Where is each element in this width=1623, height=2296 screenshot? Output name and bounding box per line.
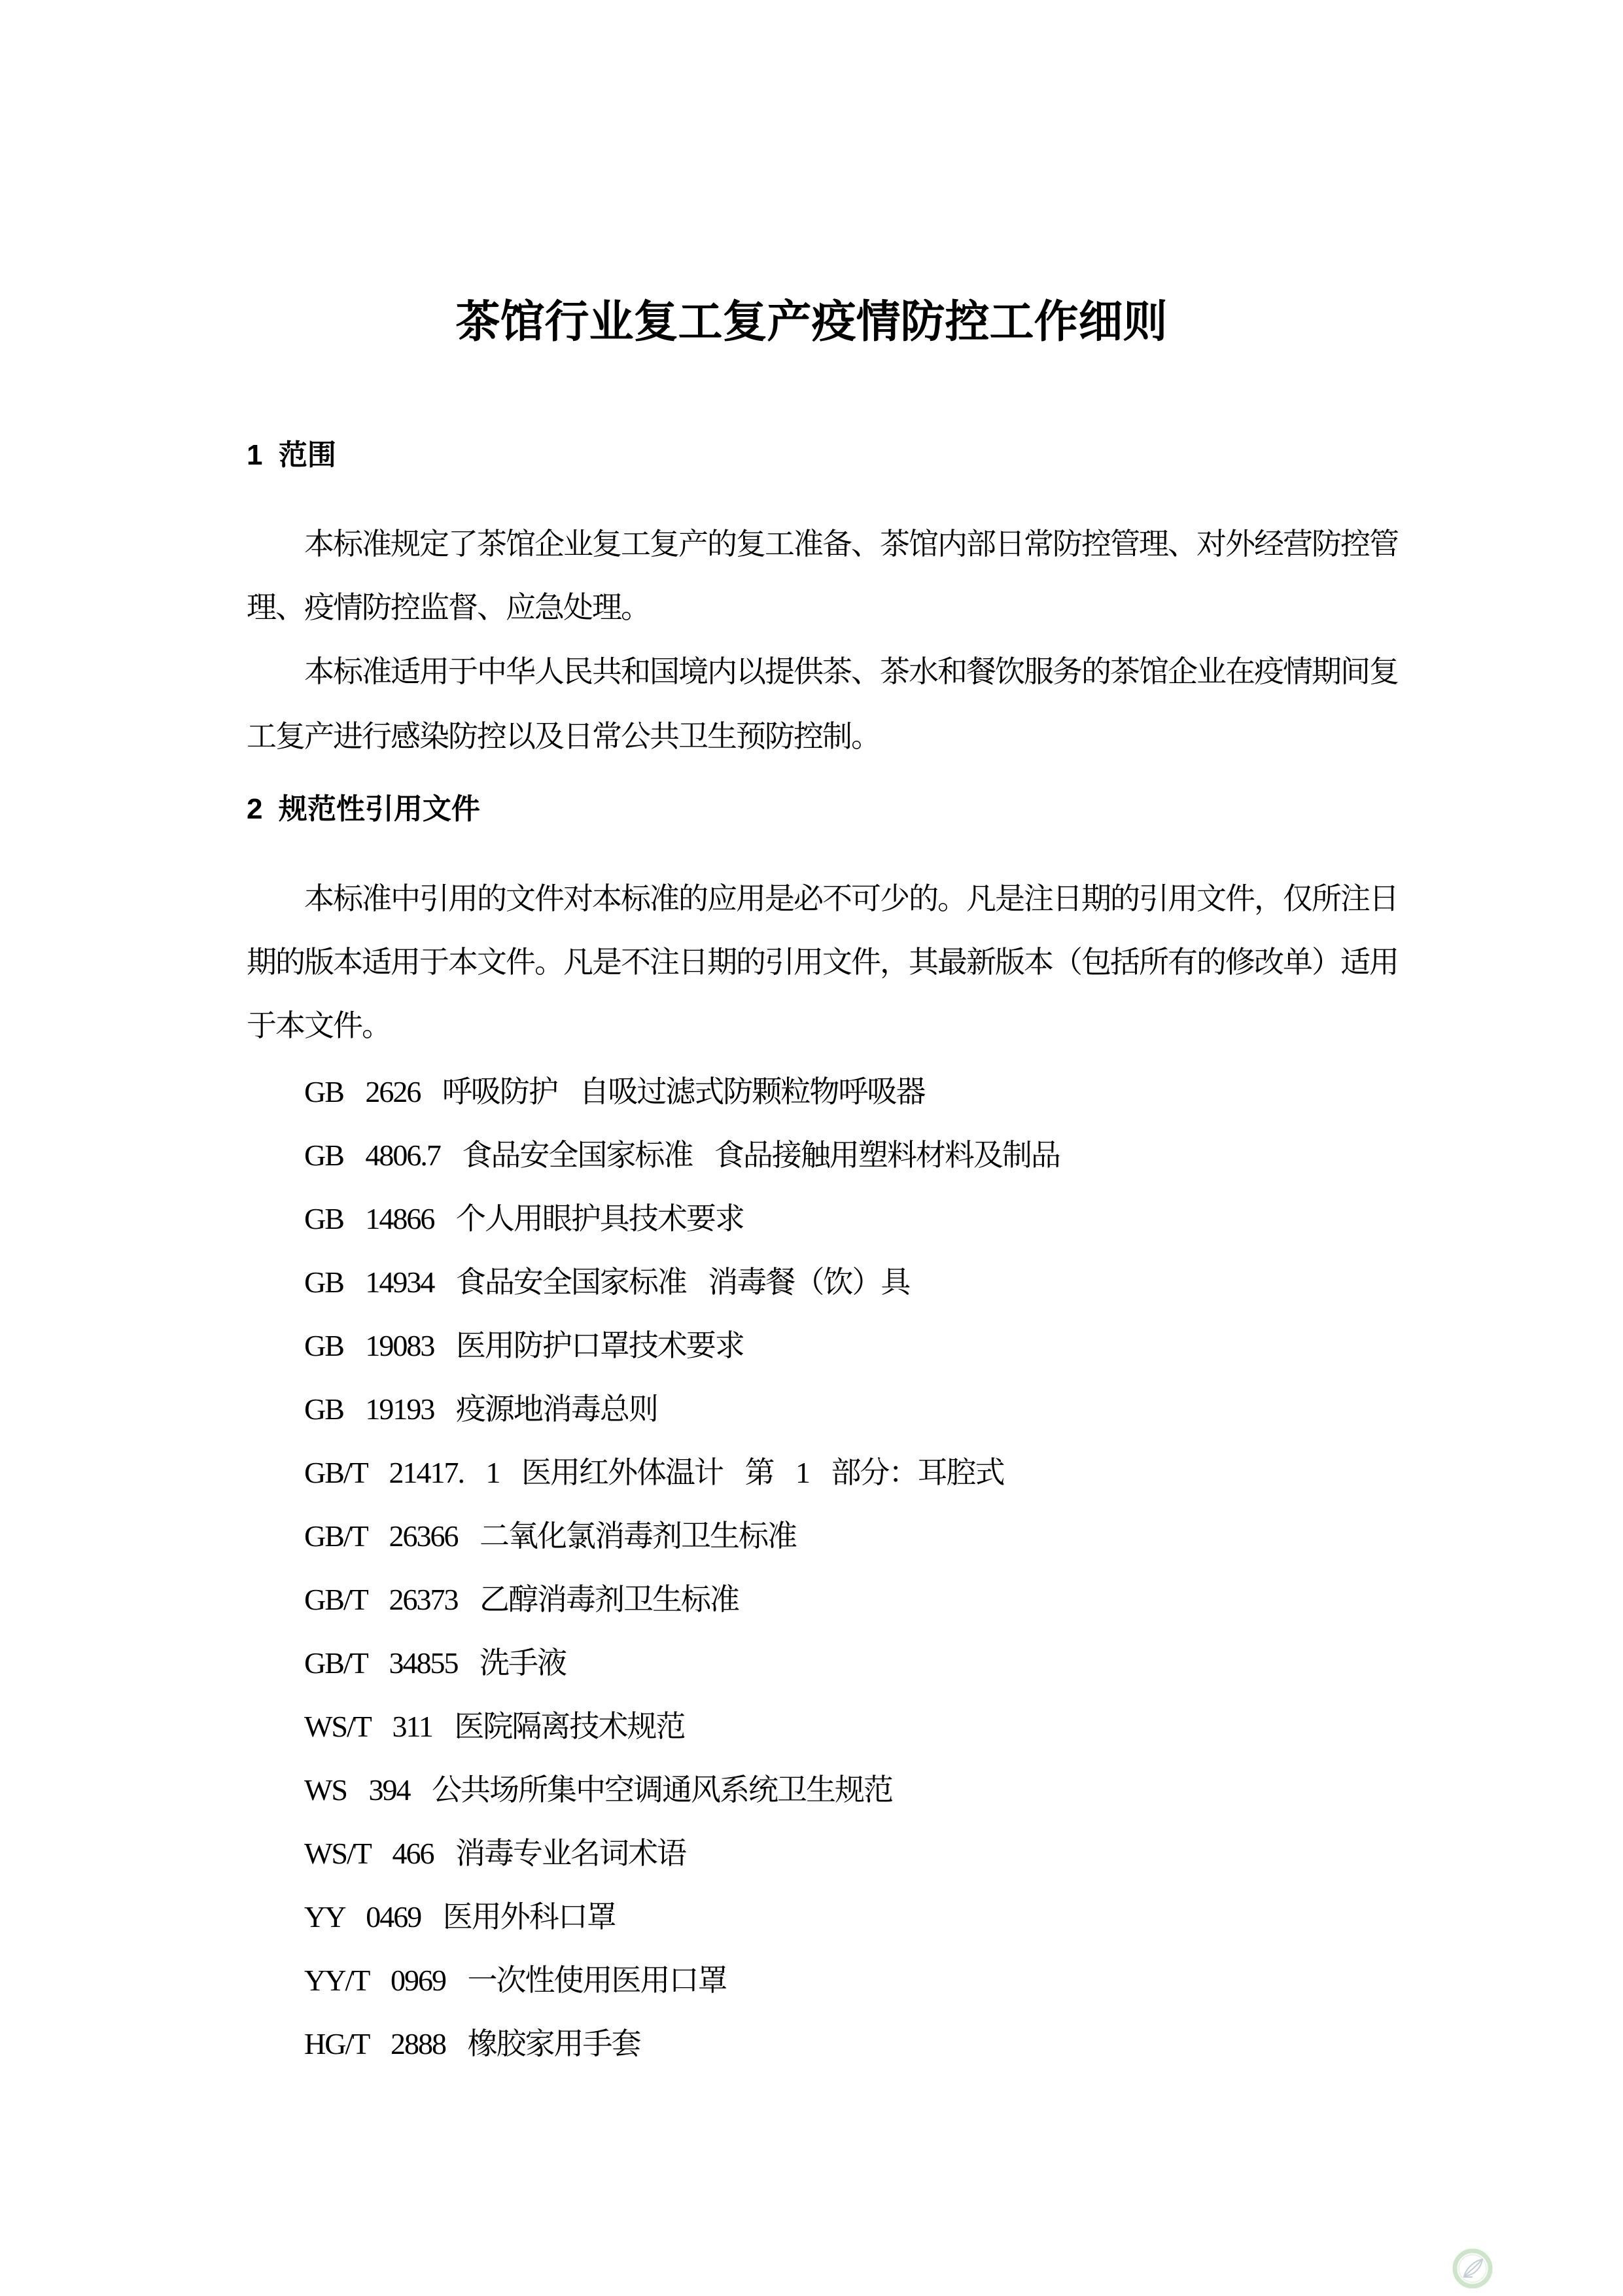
section-heading-scope: 1 范围 xyxy=(247,441,336,470)
body-line: 于本文件。 xyxy=(247,1011,391,1041)
reference-item: WS/T 311 医院隔离技术规范 xyxy=(304,1712,684,1742)
reference-item: WS/T 466 消毒专业名词术语 xyxy=(304,1839,686,1869)
body-line: 期的版本适用于本文件。凡是不注日期的引用文件，其最新版本（包括所有的修改单）适用 xyxy=(247,947,1398,978)
reference-item: GB/T 26373 乙醇消毒剂卫生标准 xyxy=(304,1585,739,1615)
reference-item: GB/T 34855 洗手液 xyxy=(304,1648,566,1678)
body-line: 理、疫情防控监督、应急处理。 xyxy=(247,593,650,623)
reference-item: GB 19083 医用防护口罩技术要求 xyxy=(304,1331,744,1361)
section-heading-normative-references: 2 规范性引用文件 xyxy=(247,795,480,824)
reference-item: WS 394 公共场所集中空调通风系统卫生规范 xyxy=(304,1775,892,1805)
body-line: 本标准适用于中华人民共和国境内以提供茶、茶水和餐饮服务的茶馆企业在疫情期间复 xyxy=(304,657,1398,687)
body-line: 本标准规定了茶馆企业复工复产的复工准备、茶馆内部日常防控管理、对外经营防控管 xyxy=(304,529,1398,559)
reference-item: GB 4806.7 食品安全国家标准 食品接触用塑料材料及制品 xyxy=(304,1140,1060,1171)
body-line: 工复产进行感染防控以及日常公共卫生预防控制。 xyxy=(247,722,880,752)
reference-item: GB/T 26366 二氧化氯消毒剂卫生标准 xyxy=(304,1521,796,1551)
reference-item: GB 14866 个人用眼护具技术要求 xyxy=(304,1204,744,1234)
document-title: 茶馆行业复工复产疫情防控工作细则 xyxy=(0,300,1623,344)
reference-item: HG/T 2888 橡胶家用手套 xyxy=(304,2029,640,2059)
document-page: 茶馆行业复工复产疫情防控工作细则 1 范围 2 规范性引用文件 本标准规定了茶馆… xyxy=(0,0,1623,2296)
reference-item: YY/T 0969 一次性使用医用口罩 xyxy=(304,1966,727,1996)
leaf-seal-watermark-icon xyxy=(1450,2246,1495,2291)
reference-item: GB 2626 呼吸防护 自吸过滤式防颗粒物呼吸器 xyxy=(304,1077,924,1107)
body-line: 本标准中引用的文件对本标准的应用是必不可少的。凡是注日期的引用文件，仅所注日 xyxy=(304,884,1398,914)
reference-item: GB 19193 疫源地消毒总则 xyxy=(304,1394,657,1424)
reference-item: GB/T 21417. 1 医用红外体温计 第 1 部分：耳腔式 xyxy=(304,1458,1003,1488)
reference-item: YY 0469 医用外科口罩 xyxy=(304,1902,616,1932)
reference-item: GB 14934 食品安全国家标准 消毒餐（饮）具 xyxy=(304,1267,909,1298)
